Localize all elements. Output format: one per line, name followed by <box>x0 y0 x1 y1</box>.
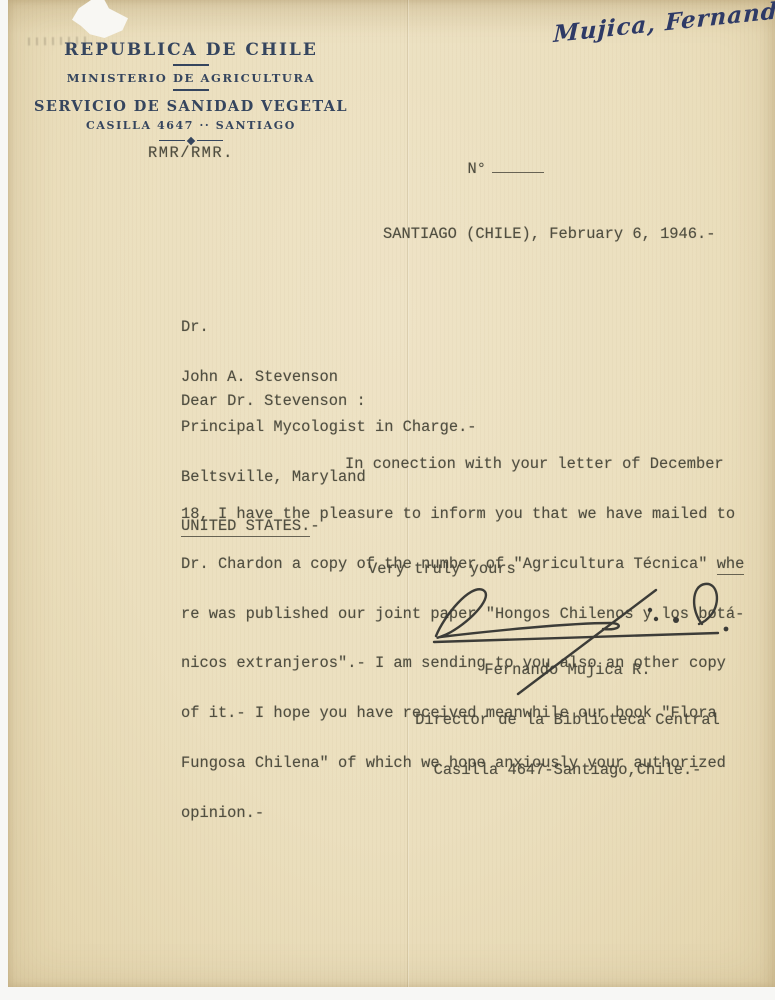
signature-title: Director de la Biblioteca Central <box>400 712 735 729</box>
letterhead-country: REPUBLICA DE CHILE <box>30 40 352 60</box>
number-field: N° <box>449 142 544 177</box>
body-line: In conection with your letter of Decembe… <box>181 456 756 473</box>
letterhead: REPUBLICA DE CHILE MINISTERIO DE AGRICUL… <box>30 40 352 144</box>
ornament-line <box>197 140 223 142</box>
scan-margin <box>0 987 775 1000</box>
letterhead-ornament <box>30 138 352 144</box>
handwritten-signature <box>420 576 740 698</box>
body-line: opinion.- <box>181 805 756 822</box>
number-label: N° <box>467 160 485 178</box>
letterhead-ministry: MINISTERIO DE AGRICULTURA <box>30 71 352 85</box>
letterhead-rule <box>173 89 209 91</box>
letterhead-rule <box>173 64 209 66</box>
letterhead-address: CASILLA 4647 ·· SANTIAGO <box>30 119 352 132</box>
letterhead-service: SERVICIO DE SANIDAD VEGETAL <box>30 98 352 115</box>
recipient-line: John A. Stevenson <box>181 369 477 386</box>
recipient-line: Dr. <box>181 319 477 336</box>
salutation: Dear Dr. Stevenson : <box>181 393 366 410</box>
reference-code: RMR/RMR. <box>148 145 234 162</box>
ornament-line <box>159 140 185 142</box>
body-line: 18, I have the pleasure to inform you th… <box>181 506 756 523</box>
dateline: SANTIAGO (CHILE), February 6, 1946.- <box>383 226 716 243</box>
signature-address: Casilla 4647-Santiago,Chile.- <box>400 762 735 779</box>
number-blank-line <box>492 159 544 173</box>
